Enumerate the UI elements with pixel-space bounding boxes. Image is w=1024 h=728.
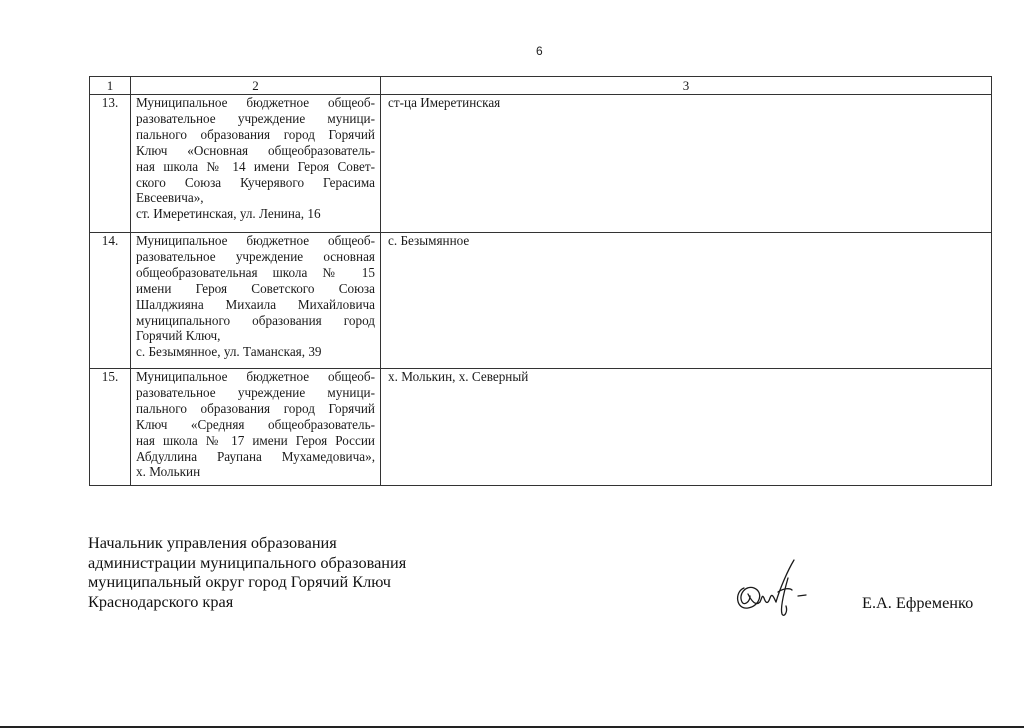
signer-title: Начальник управления образования админис… (88, 533, 406, 611)
description-line: Евсеевича», (136, 190, 375, 206)
schools-table: 1 2 3 13. Муниципальное бюджетное общеоб… (89, 76, 992, 486)
header-col-3: 3 (381, 77, 992, 95)
description-line: ст. Имеретинская, ул. Ленина, 16 (136, 206, 375, 222)
description-line: ная школа № 17 имени Героя России (136, 433, 375, 449)
description-line: муниципального образования город (136, 313, 375, 329)
table-row: 13. Муниципальное бюджетное общеоб- разо… (90, 95, 992, 233)
description-line: Шалджияна Михаила Михайловича (136, 297, 375, 313)
description-line: Горячий Ключ, (136, 328, 375, 344)
description-line: ского Союза Кучерявого Герасима (136, 175, 375, 191)
school-description: Муниципальное бюджетное общеоб- разовате… (131, 233, 381, 369)
description-line: ная школа № 14 имени Героя Совет- (136, 159, 375, 175)
header-col-2: 2 (131, 77, 381, 95)
locality: х. Молькин, х. Северный (381, 369, 992, 486)
signer-title-line: муниципальный округ город Горячий Ключ (88, 572, 406, 592)
signer-title-line: администрации муниципального образования (88, 553, 406, 573)
description-line: разовательное учреждение муници- (136, 111, 375, 127)
signature-icon (730, 558, 820, 618)
signer-title-line: Краснодарского края (88, 592, 406, 612)
description-line: разовательное учреждение муници- (136, 385, 375, 401)
description-line: пального образования город Горячий (136, 401, 375, 417)
signer-name: Е.А. Ефременко (862, 593, 973, 613)
description-line: х. Молькин (136, 464, 375, 480)
description-line: пального образования город Горячий (136, 127, 375, 143)
row-number: 15. (90, 369, 131, 486)
table-row: 14. Муниципальное бюджетное общеоб- разо… (90, 233, 992, 369)
description-line: Ключ «Средняя общеобразователь- (136, 417, 375, 433)
description-line: с. Безымянное, ул. Таманская, 39 (136, 344, 375, 360)
description-line: разовательное учреждение основная (136, 249, 375, 265)
locality: ст-ца Имеретинская (381, 95, 992, 233)
table-header-row: 1 2 3 (90, 77, 992, 95)
row-number: 13. (90, 95, 131, 233)
description-line: общеобразовательная школа № 15 (136, 265, 375, 281)
locality: с. Безымянное (381, 233, 992, 369)
description-line: Абдуллина Раупана Мухамедовича», (136, 449, 375, 465)
row-number: 14. (90, 233, 131, 369)
table-row: 15. Муниципальное бюджетное общеоб- разо… (90, 369, 992, 486)
description-line: Ключ «Основная общеобразователь- (136, 143, 375, 159)
description-line: Муниципальное бюджетное общеоб- (136, 369, 375, 385)
signer-title-line: Начальник управления образования (88, 533, 406, 553)
school-description: Муниципальное бюджетное общеоб- разовате… (131, 95, 381, 233)
header-col-1: 1 (90, 77, 131, 95)
page-number: 6 (536, 44, 543, 58)
description-line: Муниципальное бюджетное общеоб- (136, 95, 375, 111)
school-description: Муниципальное бюджетное общеоб- разовате… (131, 369, 381, 486)
description-line: имени Героя Советского Союза (136, 281, 375, 297)
description-line: Муниципальное бюджетное общеоб- (136, 233, 375, 249)
